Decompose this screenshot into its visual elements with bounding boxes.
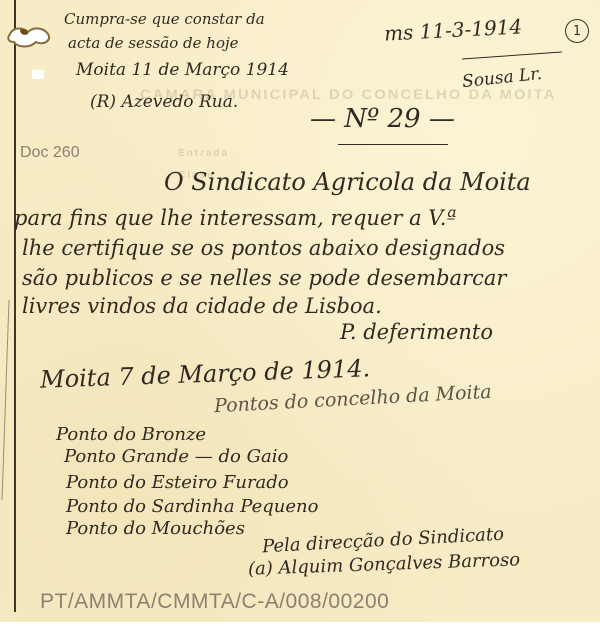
- underline-number: [338, 144, 448, 145]
- body-line-1: O Sindicato Agricola da Moita: [164, 168, 531, 196]
- header-left-line-2: acta de sessão de hoje: [68, 34, 239, 52]
- header-left-line-3: Moita 11 de Março 1914: [76, 60, 289, 80]
- margin-line: [14, 0, 16, 612]
- document-page: CAMARA MUNICIPAL DO CONCELHO DA MOITA En…: [0, 0, 600, 622]
- place-item-3: Ponto do Esteiro Furado: [66, 472, 289, 493]
- underline-date: [462, 52, 562, 60]
- body-line-2: para fins que lhe interessam, requer a V…: [14, 206, 456, 230]
- place-item-5: Ponto do Mouchões: [66, 518, 245, 539]
- page-number-circle: 1: [565, 19, 589, 43]
- body-line-3: lhe certifique se os pontos abaixo desig…: [22, 236, 505, 260]
- margin-line-secondary: [2, 300, 10, 500]
- header-left-line-1: Cumpra-se que constar da: [64, 10, 265, 28]
- place-item-2: Ponto Grande — do Gaio: [64, 446, 288, 467]
- place-date: Moita 7 de Março de 1914.: [40, 354, 371, 394]
- header-left-line-4: (R) Azevedo Rua.: [90, 92, 238, 112]
- body-line-5: livres vindos da cidade de Lisboa.: [22, 294, 382, 318]
- body-line-4: são publicos e se nelles se pode desemba…: [22, 266, 506, 290]
- archive-reference: PT/AMMTA/CMMTA/C-A/008/00200: [40, 590, 389, 614]
- punch-hole-damage: [6, 24, 52, 50]
- body-closing: P. deferimento: [340, 320, 493, 344]
- pencil-doc-reference: Doc 260: [20, 144, 80, 162]
- document-number: — Nº 29 —: [310, 104, 455, 134]
- place-item-4: Ponto do Sardinha Pequeno: [66, 496, 318, 517]
- scan-border: [0, 622, 600, 630]
- punch-hole-small: [32, 70, 44, 79]
- place-item-1: Ponto do Bronze: [56, 424, 206, 445]
- header-date-ref: ms 11-3-1914: [383, 14, 522, 45]
- printed-stamp-entrada: Entrada: [178, 148, 229, 159]
